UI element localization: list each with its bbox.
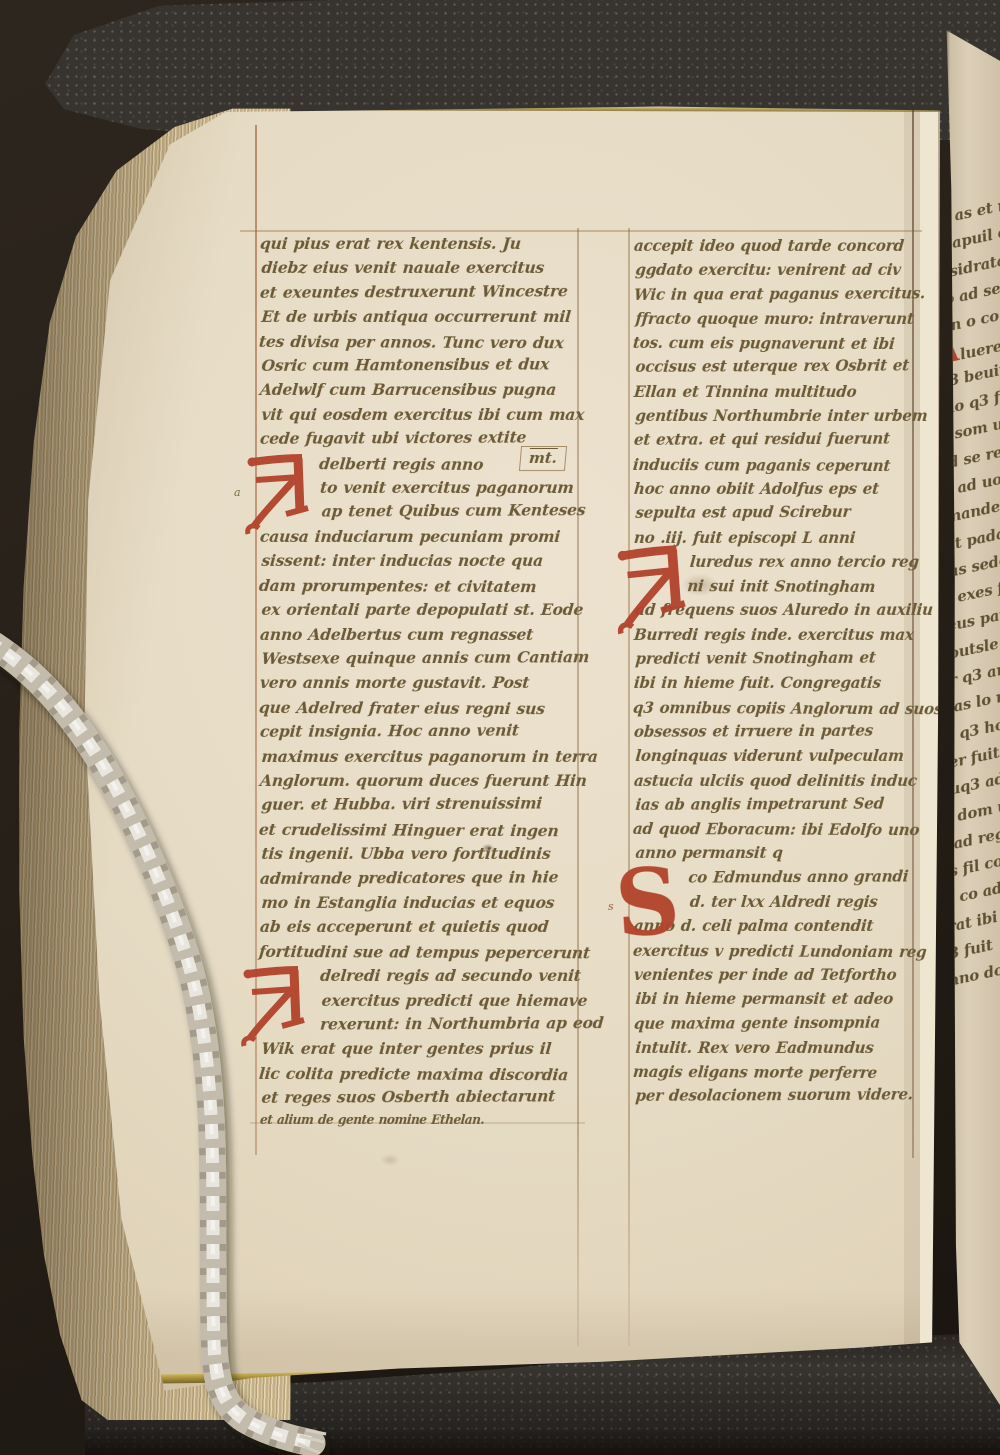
manuscript-text-line: Osric cum Hamtonensibus et dux [260, 352, 597, 378]
ruling-line-intercolumn-right [628, 228, 630, 1346]
line-text: delberti regis anno [318, 454, 484, 474]
manuscript-text-line: ggdato exercitu: venirent ad civ [634, 258, 910, 282]
line-text: ex orientali parte depopulati st. Eode [261, 600, 584, 619]
line-text: cepit insignia. Hoc anno venit [259, 721, 519, 741]
manuscript-text-line: rexerunt: in Northumbria ap eod [259, 1011, 596, 1037]
manuscript-text-line: ffracto quoque muro: intraverunt [634, 307, 910, 331]
text-column-left: qui pius erat rex kentensis. Judiebz eiu… [260, 232, 605, 1132]
manuscript-text-line: accepit ideo quod tarde concord [633, 234, 909, 258]
line-text: guer. et Hubba. viri strenuissimi [261, 794, 543, 814]
manuscript-text-line: Adelwlf cum Barrucensibus pugna [259, 378, 596, 402]
manuscript-text-line: ibi in hieme permansit et adeo [634, 987, 910, 1011]
line-text: Wik erat que inter gentes prius il [261, 1039, 552, 1058]
manuscript-text-line: delredi regis ad secundo venit [259, 964, 596, 988]
line-text: que Adelred frater eius regni sus [258, 698, 546, 718]
rubric-initial-A-icon [240, 962, 304, 1066]
line-text: q3 omnibus copiis Anglorum ad suos [632, 698, 943, 718]
manuscript-text-line: maximus exercitus paganorum in terra [260, 745, 597, 769]
line-text: ab eis acceperunt et quietis quod [259, 917, 549, 936]
manuscript-text-line: causa induciarum pecuniam promi [259, 525, 596, 549]
line-text: obsessos et irruere in partes [633, 721, 874, 741]
line-text: ap tenet Quibus cum Kenteses [321, 501, 586, 521]
line-text: tis ingenii. Ubba vero fortitudinis [261, 844, 552, 863]
line-text: venientes per inde ad Tetfortho [633, 965, 897, 984]
line-text: gentibus Northumbrie inter urbem [635, 406, 929, 425]
boxed-regnal-number: mt. [519, 446, 567, 471]
manuscript-text-line: magis eligans morte perferre [632, 1060, 908, 1085]
manuscript-text-line: sissent: inter inducias nocte qua [260, 549, 597, 573]
next-page-text: n as et ms apuil ernsidrataio ad se qfin… [944, 205, 1000, 997]
manuscript-text-line: induciis cum paganis ceperunt [632, 453, 908, 478]
line-text: sissent: inter inducias nocte qua [261, 551, 544, 570]
manuscript-text-line: et reges suos Osberth abiectarunt [260, 1084, 597, 1110]
line-text: Adelwlf cum Barrucensibus pugna [259, 380, 557, 399]
manuscript-text-line: et alium de gente nomine Ethelan. [259, 1108, 596, 1132]
manuscript-text-line: cepit insignia. Hoc anno venit [259, 718, 596, 744]
manuscript-text-line: per desolacionem suorum videre. [635, 1083, 911, 1109]
line-text: ggdato exercitu: venirent ad civ [635, 260, 902, 279]
manuscript-text-line: et exeuntes destruxerunt Wincestre [259, 279, 596, 305]
line-text: Westsexe quinque annis cum Cantiam [261, 647, 590, 668]
manuscript-text-line: longinquas viderunt vulpeculam [634, 744, 910, 768]
line-text: induciis cum paganis ceperunt [632, 455, 891, 475]
manuscript-text-line: exercitus predicti que hiemave [260, 989, 597, 1013]
fragment-text: anno do [942, 961, 1000, 992]
manuscript-text-line: admirande predicatores que in hie [259, 865, 596, 891]
line-text: ad quod Eboracum: ibi Edolfo uno [632, 819, 920, 839]
line-text: sepulta est apud Scirebur [635, 502, 851, 522]
manuscript-text-line: tis ingenii. Ubba vero fortitudinis [260, 842, 597, 866]
line-text: magis eligans morte perferre [632, 1062, 878, 1082]
manuscript-text-line: Westsexe quinque annis cum Cantiam [260, 645, 597, 671]
line-text: fortitudini sue ad tempus pepercerunt [258, 942, 591, 962]
manuscript-text-line: intulit. Rex vero Eadmundus [634, 1036, 910, 1060]
line-text: tos. cum eis pugnaverunt et ibi [632, 333, 895, 353]
manuscript-text-line: et extra. et qui residui fuerunt [633, 427, 909, 453]
manuscript-text-line: mo in Estanglia inducias et equos [260, 891, 597, 915]
manuscript-text-line: ex orientali parte depopulati st. Eode [260, 598, 597, 622]
line-text: et reges suos Osberth abiectarunt [261, 1087, 556, 1108]
line-text: et exeuntes destruxerunt Wincestre [259, 281, 568, 302]
guide-letter: s [608, 900, 614, 913]
line-text: que maxima gente insompnia [633, 1012, 881, 1032]
line-text: accepit ideo quod tarde concord [633, 236, 904, 255]
line-text: per desolacionem suorum videre. [635, 1085, 914, 1105]
line-text: vit qui eosdem exercitus ibi cum max [261, 405, 585, 424]
manuscript-text-line: diebz eius venit nauale exercitus [260, 256, 597, 280]
manuscript-text-line: fortitudini sue ad tempus pepercerunt [258, 940, 595, 966]
manuscript-text-line: ad quod Eboracum: ibi Edolfo uno [632, 817, 908, 842]
manuscript-text-line: dam prorumpentes: et civitatem [258, 574, 595, 600]
line-text: astucia ulciis quod delinitis induc [633, 771, 918, 790]
manuscript-text-line: ias ab anglis impetrarunt Sed [635, 791, 911, 817]
line-text: longinquas viderunt vulpeculam [635, 746, 905, 765]
manuscript-text-line: to venit exercitus paganorum [259, 476, 596, 500]
line-text: diebz eius venit nauale exercitus [261, 258, 545, 277]
manuscript-text-line: venientes per inde ad Tetfortho [633, 963, 909, 987]
manuscript-text-line: hoc anno obiit Adolfus eps et [633, 477, 909, 501]
line-text: et crudelissimi Hinguer erat ingen [258, 820, 559, 840]
line-text: et alium de gente nomine Ethelan. [259, 1112, 485, 1127]
manuscript-text-line: Anglorum. quorum duces fuerunt Hin [259, 769, 596, 793]
line-text: Anglorum. quorum duces fuerunt Hin [259, 771, 587, 790]
line-text: occisus est uterque rex Osbrit et [635, 356, 910, 376]
manuscript-page: qui pius erat rex kentensis. Judiebz eiu… [60, 100, 940, 1405]
manuscript-text-line: gentibus Northumbrie inter urbem [634, 404, 910, 428]
line-text: admirande predicatores que in hie [259, 867, 559, 888]
line-text: ibi in hieme permansit et adeo [635, 989, 894, 1008]
line-text: d. ter lxx Aldredi regis [689, 892, 878, 911]
line-text: ias ab anglis impetrarunt Sed [635, 794, 885, 814]
line-text: Et de urbis antiqua occurrerunt mil [261, 307, 572, 326]
next-page-text-fragment: anno do [942, 959, 999, 998]
manuscript-text-line: obsessos et irruere in partes [633, 718, 909, 744]
line-text: vero annis morte gustavit. Post [259, 673, 530, 692]
manuscript-text-line: occisus est uterque rex Osbrit et [635, 354, 911, 380]
line-text: co Edmundus anno grandi [688, 866, 910, 886]
line-text: exercitus predicti que hiemave [321, 991, 588, 1010]
line-text: maximus exercitus paganorum in terra [261, 747, 599, 766]
rubric-initial-A-icon [244, 450, 308, 554]
guide-letter: a [234, 486, 241, 499]
line-text: luredus rex anno tercio reg [689, 552, 920, 571]
line-text: lic colita predicte maxima discordia [258, 1064, 569, 1084]
manuscript-text-line: et crudelissimi Hinguer erat ingen [258, 818, 595, 844]
manuscript-text-line: Ellan et Tinnina multitudo [633, 380, 909, 404]
line-text: rexerunt: in Northumbria ap eod [319, 1013, 604, 1033]
next-page-sliver: n as et ms apuil ernsidrataio ad se qfin… [942, 22, 1000, 1412]
manuscript-text-line: guer. et Hubba. viri strenuissimi [260, 792, 597, 818]
line-text: cede fugavit ubi victores extite [259, 428, 527, 448]
line-text: intulit. Rex vero Eadmundus [635, 1038, 875, 1057]
line-text: Ellan et Tinnina multitudo [633, 382, 857, 401]
rubric-initial-S: S [612, 848, 690, 965]
line-text: dam prorumpentes: et civitatem [258, 576, 537, 596]
line-text: Osric cum Hamtonensibus et dux [261, 355, 550, 376]
manuscript-text-line: anno Adelbertus cum regnasset [259, 623, 596, 647]
manuscript-text-line: qui pius erat rex kentensis. Ju [259, 232, 596, 256]
line-text: ffracto quoque muro: intraverunt [635, 309, 915, 328]
manuscript-text-line: Wik erat que inter gentes prius il [260, 1037, 597, 1061]
line-text: Wic in qua erat paganus exercitus. [633, 283, 926, 304]
line-text: hoc anno obiit Adolfus eps et [633, 479, 880, 498]
line-text: tes divisa per annos. Tunc vero dux [258, 332, 564, 352]
manuscript-text-line: sepulta est apud Scirebur [635, 500, 911, 526]
manuscript-text-line: vit qui eosdem exercitus ibi cum max [260, 403, 597, 427]
line-text: mo in Estanglia inducias et equos [261, 893, 555, 912]
text-column-right: accepit ideo quod tarde concordggdato ex… [634, 234, 916, 1109]
line-text: to venit exercitus paganorum [319, 478, 574, 497]
manuscript-text-line: q3 omnibus copiis Anglorum ad suos [632, 696, 908, 721]
line-text: ni sui init Snotingham [687, 576, 877, 596]
line-text: delredi regis ad secundo venit [319, 966, 581, 985]
manuscript-text-line: astucia ulciis quod delinitis induc [633, 769, 909, 793]
rubric-initial-A-icon [614, 541, 687, 656]
manuscript-text-line: ap tenet Quibus cum Kenteses [260, 499, 597, 525]
line-text: qui pius erat rex kentensis. Ju [259, 234, 522, 253]
manuscript-text-line: ab eis acceperunt et quietis quod [259, 915, 596, 939]
manuscript-text-line: vero annis morte gustavit. Post [259, 671, 596, 695]
manuscript-text-line: ibi in hieme fuit. Congregatis [633, 671, 909, 695]
manuscript-text-line: Wic in qua erat paganus exercitus. [633, 281, 909, 307]
line-text: et extra. et qui residui fuerunt [633, 429, 890, 449]
line-text: anno Adelbertus cum regnasset [259, 625, 534, 644]
line-text: ibi in hieme fuit. Congregatis [633, 673, 882, 692]
manuscript-text-line: que maxima gente insompnia [633, 1010, 909, 1036]
manuscript-text-line: Et de urbis antiqua occurrerunt mil [260, 305, 597, 329]
